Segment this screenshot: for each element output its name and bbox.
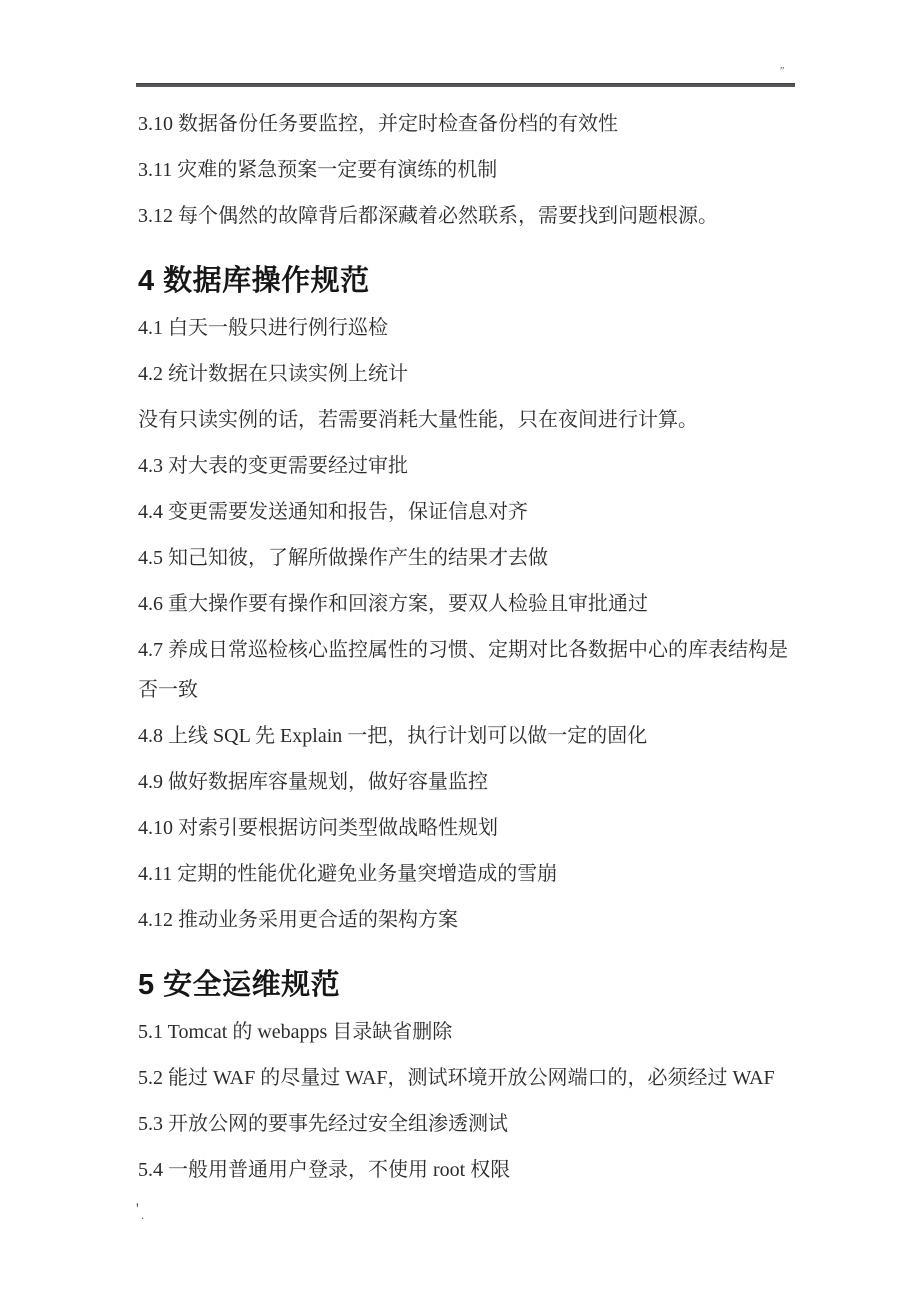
list-item-3-11: 3.11 灾难的紧急预案一定要有演练的机制 <box>138 150 802 190</box>
list-item-5-2: 5.2 能过 WAF 的尽量过 WAF，测试环境开放公网端口的，必须经过 WAF <box>138 1058 802 1098</box>
list-item-4-12: 4.12 推动业务采用更合适的架构方案 <box>138 900 802 940</box>
stray-mark-top-right: ʺ <box>780 66 784 77</box>
list-item-3-12: 3.12 每个偶然的故障背后都深藏着必然联系，需要找到问题根源。 <box>138 196 802 236</box>
section-heading-4: 4 数据库操作规范 <box>138 258 802 304</box>
list-item-4-10: 4.10 对索引要根据访问类型做战略性规划 <box>138 808 802 848</box>
list-item-4-9: 4.9 做好数据库容量规划，做好容量监控 <box>138 762 802 802</box>
list-item-4-4: 4.4 变更需要发送通知和报告，保证信息对齐 <box>138 492 802 532</box>
document-content: 3.10 数据备份任务要监控，并定时检查备份档的有效性 3.11 灾难的紧急预案… <box>138 104 802 1196</box>
stray-mark-bottom-left-dot: . <box>141 1208 144 1221</box>
list-item-5-3: 5.3 开放公网的要事先经过安全组渗透测试 <box>138 1104 802 1144</box>
list-item-5-1: 5.1 Tomcat 的 webapps 目录缺省删除 <box>138 1012 802 1052</box>
list-item-4-6: 4.6 重大操作要有操作和回滚方案，要双人检验且审批通过 <box>138 584 802 624</box>
note-paragraph: 没有只读实例的话，若需要消耗大量性能，只在夜间进行计算。 <box>138 400 802 440</box>
list-item-3-10: 3.10 数据备份任务要监控，并定时检查备份档的有效性 <box>138 104 802 144</box>
stray-mark-bottom-left-tick: ' <box>136 1202 139 1217</box>
list-item-5-4: 5.4 一般用普通用户登录，不使用 root 权限 <box>138 1150 802 1190</box>
list-item-4-11: 4.11 定期的性能优化避免业务量突增造成的雪崩 <box>138 854 802 894</box>
list-item-4-2: 4.2 统计数据在只读实例上统计 <box>138 354 802 394</box>
section-heading-5: 5 安全运维规范 <box>138 962 802 1008</box>
list-item-4-8: 4.8 上线 SQL 先 Explain 一把，执行计划可以做一定的固化 <box>138 716 802 756</box>
list-item-4-7: 4.7 养成日常巡检核心监控属性的习惯、定期对比各数据中心的库表结构是否一致 <box>138 630 802 710</box>
document-page: ʺ 3.10 数据备份任务要监控，并定时检查备份档的有效性 3.11 灾难的紧急… <box>0 0 920 1302</box>
list-item-4-1: 4.1 白天一般只进行例行巡检 <box>138 308 802 348</box>
header-divider-line <box>136 83 795 87</box>
list-item-4-5: 4.5 知己知彼，了解所做操作产生的结果才去做 <box>138 538 802 578</box>
list-item-4-3: 4.3 对大表的变更需要经过审批 <box>138 446 802 486</box>
